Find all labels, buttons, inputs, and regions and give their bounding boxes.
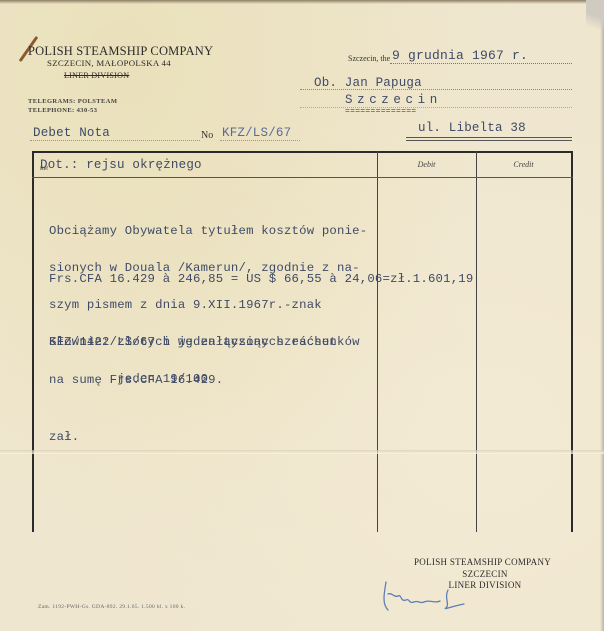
handwritten-signature-icon xyxy=(378,574,473,614)
document-type: Debet Nota xyxy=(33,126,110,140)
words-line: Słownie: złotych jeden tysiąc sześćset xyxy=(49,336,337,348)
date-label: Szczecin, the xyxy=(348,54,390,63)
table-subject: Dot.: rejsu okrężnego xyxy=(40,158,202,172)
recipient-name: Ob. Jan Papuga xyxy=(314,76,422,90)
print-order-info: Zam. 1192-PWH-Gs. GDA-892. 29.1.65. 1.50… xyxy=(38,604,185,610)
paper-fold xyxy=(0,450,604,454)
body-line: szym pismem z dnia 9.XII.1967r.-znak xyxy=(49,299,367,311)
telegrams-line: TELEGRAMS: POLSTEAM xyxy=(28,97,117,106)
paper-top-edge xyxy=(0,0,604,4)
letterhead-address: SZCZECIN, MAŁOPOLSKA 44 xyxy=(47,58,171,68)
recipient-underline xyxy=(406,137,572,138)
table-top-border xyxy=(32,151,573,153)
recipient-dotted-line-2 xyxy=(300,107,572,108)
table-debit-divider xyxy=(377,151,378,532)
document-type-line xyxy=(30,140,200,141)
document-number-line xyxy=(220,140,300,141)
recipient-street: ul. Libelta 38 xyxy=(418,121,526,135)
date-dotted-line xyxy=(390,63,572,64)
telephone-line: TELEPHONE: 430-53 xyxy=(28,106,117,115)
recipient-separator: ============== xyxy=(345,107,416,116)
paper-right-edge xyxy=(600,0,604,631)
table-credit-divider xyxy=(476,151,477,532)
signature-company: POLISH STEAMSHIP COMPANY xyxy=(414,557,551,567)
letterhead-division: LINER DIVISION xyxy=(64,71,129,80)
recipient-dotted-line xyxy=(300,89,572,90)
table-left-border xyxy=(32,151,34,532)
column-header-debit: Debit xyxy=(377,160,476,169)
words-line: jeden 19/100 xyxy=(49,373,337,385)
letterhead-company: POLISH STEAMSHIP COMPANY xyxy=(28,44,213,59)
column-header-credit: Credit xyxy=(476,160,571,169)
amount-in-words: Słownie: złotych jeden tysiąc sześćset j… xyxy=(49,311,337,398)
date-value: 9 grudnia 1967 r. xyxy=(392,48,528,63)
table-header-divider xyxy=(32,177,573,178)
document-number-label: No xyxy=(201,130,213,141)
table-right-border xyxy=(571,151,573,532)
recipient-city: Szczecin xyxy=(345,93,442,107)
body-line: Obciążamy Obywatela tytułem kosztów poni… xyxy=(49,225,367,237)
recipient-underline-2 xyxy=(406,140,572,141)
attachments-note: zał. xyxy=(49,430,79,444)
paper-corner-fold xyxy=(586,0,604,40)
currency-calculation: Frs.CFA 16.429 à 246,85 = US $ 66,55 à 2… xyxy=(49,272,473,286)
document-number: KFZ/LS/67 xyxy=(222,126,291,140)
letterhead-contacts: TELEGRAMS: POLSTEAM TELEPHONE: 430-53 xyxy=(28,97,117,115)
